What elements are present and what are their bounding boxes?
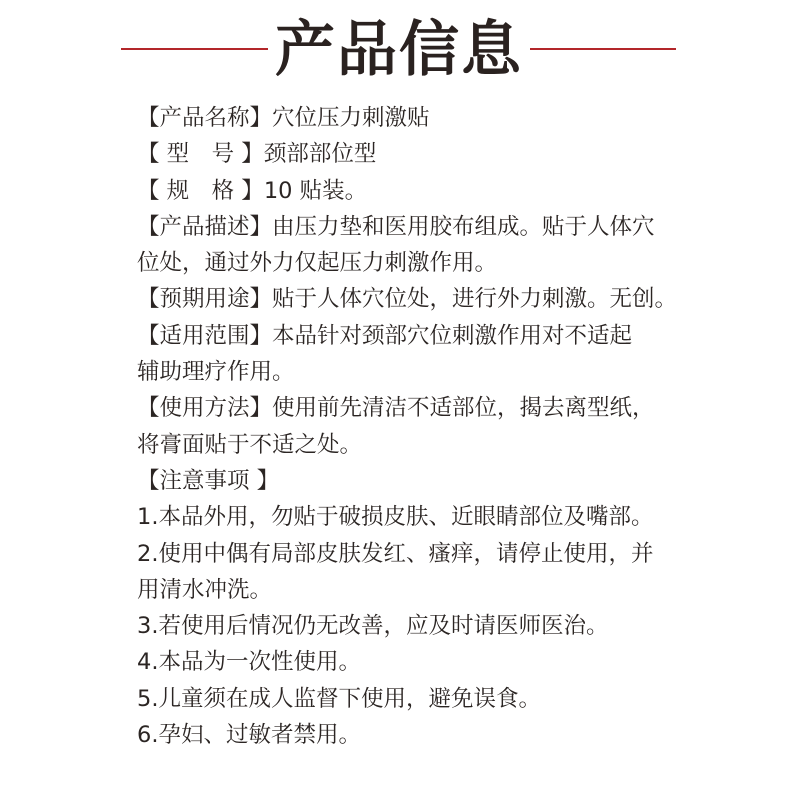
note-item: 2.使用中偶有局部皮肤发红、瘙痒，请停止使用，并 [137,536,697,572]
header-rule-right [530,48,676,50]
note-item: 3.若使用后情况仍无改善，应及时请医师医治。 [137,608,697,644]
field-intended-use: 【预期用途】贴于人体穴位处，进行外力刺激。无创。 [137,281,697,317]
note-item: 1.本品外用，勿贴于破损皮肤、近眼睛部位及嘴部。 [137,499,697,535]
field-product-name: 【产品名称】穴位压力刺激贴 [137,100,697,136]
field-spec: 【 规 格 】10 贴装。 [137,173,697,209]
field-scope: 【适用范围】本品针对颈部穴位刺激作用对不适起 [137,318,697,354]
field-value: 10 贴装。 [264,178,367,204]
field-scope-cont: 辅助理疗作用。 [137,354,697,390]
field-value: 本品针对颈部穴位刺激作用对不适起 [272,323,632,349]
section-header: 产品信息 [0,0,800,100]
notes-heading: 【注意事项 】 [137,463,697,499]
field-usage-cont: 将膏面贴于不适之处。 [137,427,697,463]
field-label: 【预期用途】 [137,286,272,312]
field-label: 【适用范围】 [137,323,272,349]
field-value: 颈部部位型 [264,141,377,167]
field-label: 【产品描述】 [137,214,272,240]
note-item: 6.孕妇、过敏者禁用。 [137,717,697,753]
field-label: 【使用方法】 [137,395,272,421]
field-label: 【 型 号 】 [137,141,264,167]
field-label: 【产品名称】 [137,105,272,131]
field-description-cont: 位处，通过外力仅起压力刺激作用。 [137,245,697,281]
field-value: 贴于人体穴位处，进行外力刺激。无创。 [272,286,677,312]
note-item-cont: 用清水冲洗。 [137,572,697,608]
note-item: 5.儿童须在成人监督下使用，避免误食。 [137,681,697,717]
field-value: 穴位压力刺激贴 [272,105,430,131]
field-value: 使用前先清洁不适部位，揭去离型纸， [272,395,655,421]
field-value: 由压力垫和医用胶布组成。贴于人体穴 [272,214,655,240]
page-title: 产品信息 [270,12,528,88]
field-description: 【产品描述】由压力垫和医用胶布组成。贴于人体穴 [137,209,697,245]
note-item: 4.本品为一次性使用。 [137,644,697,680]
header-rule-left [121,48,268,50]
field-usage: 【使用方法】使用前先清洁不适部位，揭去离型纸， [137,390,697,426]
product-info-body: 【产品名称】穴位压力刺激贴 【 型 号 】颈部部位型 【 规 格 】10 贴装。… [137,100,697,753]
field-model: 【 型 号 】颈部部位型 [137,136,697,172]
field-label: 【 规 格 】 [137,178,264,204]
